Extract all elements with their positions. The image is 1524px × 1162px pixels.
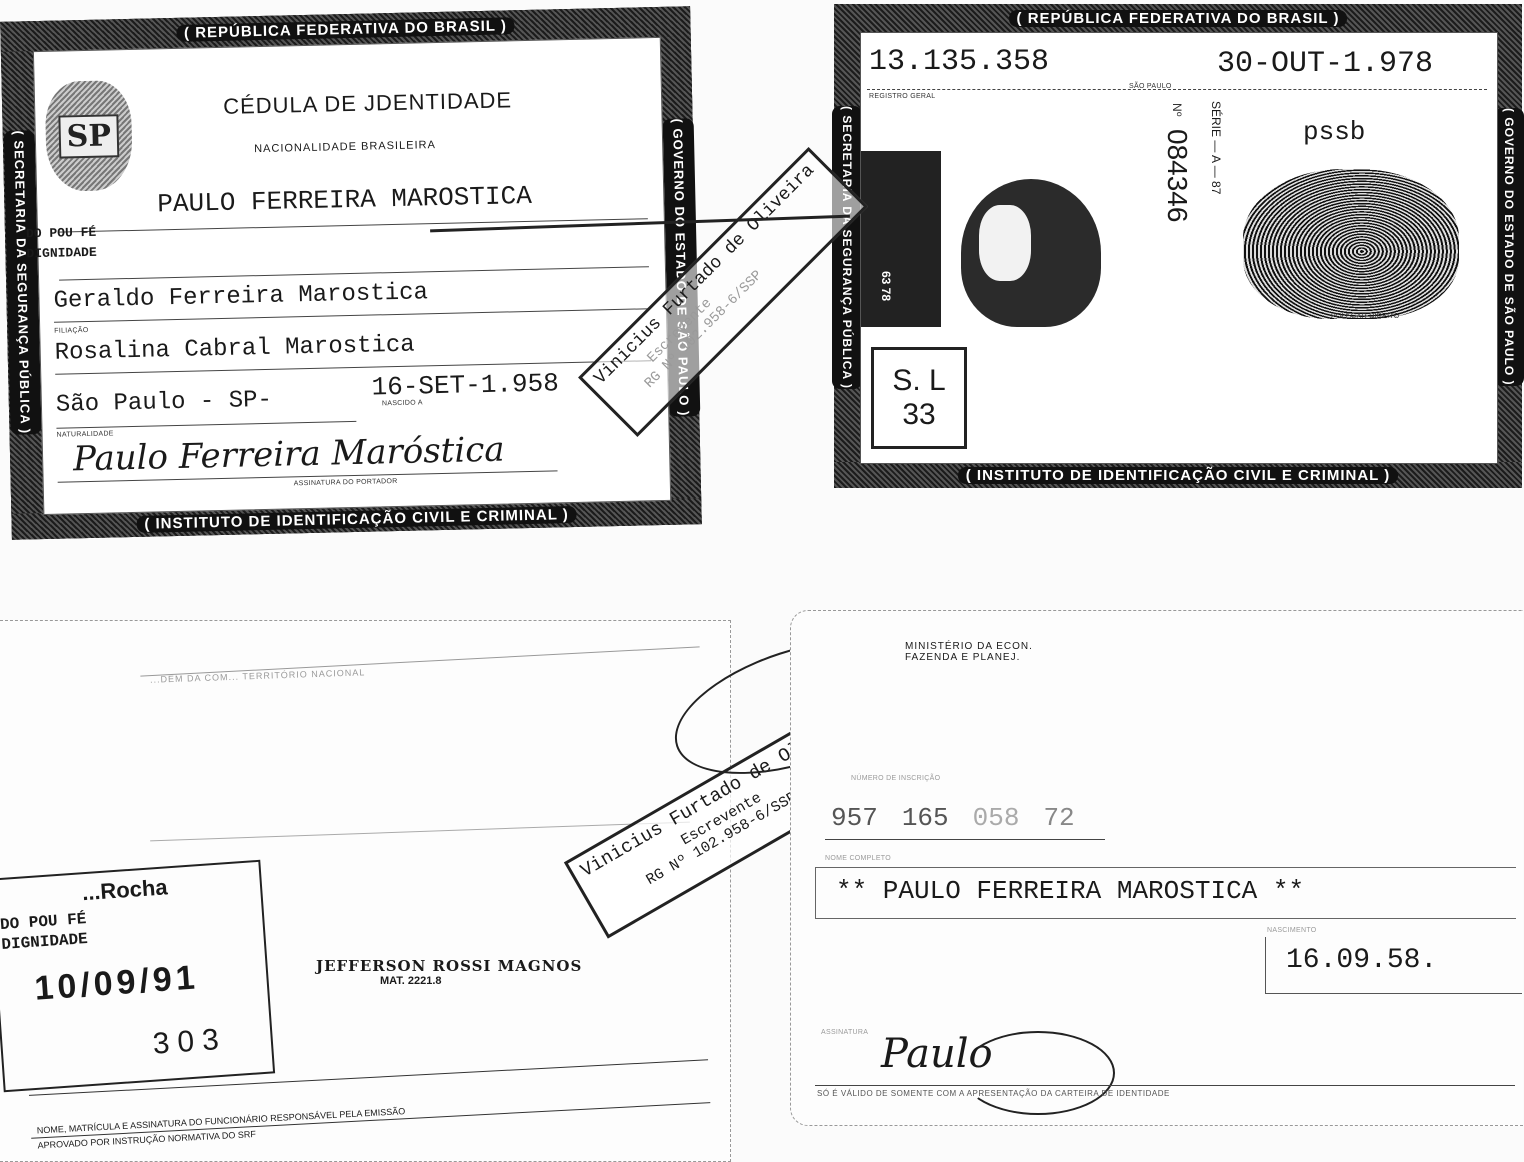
cpf-number-label: NÚMERO DE INSCRIÇÃO (851, 775, 940, 782)
nationality: NACIONALIDADE BRASILEIRA (254, 139, 436, 155)
birthplace-label: NATURALIDADE (57, 430, 114, 438)
thumbprint-icon (1243, 169, 1459, 319)
photo-suit (861, 151, 941, 327)
doc-title: CÉDULA DE JDENTIDADE (223, 87, 512, 120)
rule (867, 89, 1487, 90)
cpf-back-card: MINISTÉRIO DA ECON. FAZENDA E PLANEJ. NÚ… (790, 610, 1523, 1126)
overlap-text-1: DO POU FÉ (26, 225, 97, 242)
birth-date: 16-SET-1.958 (371, 368, 559, 402)
official-matricula: MAT. 2221.8 (316, 975, 582, 987)
signature-label: ASSINATURA DO PORTADOR (294, 478, 398, 487)
birthplace: São Paulo - SP- (56, 387, 273, 419)
official-name: JEFFERSON ROSSI MAGNOS (316, 957, 582, 975)
official-signature: JEFFERSON ROSSI MAGNOS MAT. 2221.8 (316, 957, 582, 987)
issuer-code: pssb (1303, 117, 1365, 147)
registro-geral: 13.135.358 (869, 45, 1049, 79)
issue-city: SÃO PAULO (1129, 83, 1172, 90)
date-stamp-number: 303 (152, 1023, 228, 1062)
birth-label: NASCIMENTO (1267, 927, 1317, 934)
holder-signature: Paulo Ferreira Maróstica (73, 430, 505, 480)
thumb-label: POLEGAR DIREITO (1331, 313, 1400, 320)
cpf-back-footer: SÓ É VÁLIDO DE SOMENTE COM A APRESENTAÇÃ… (817, 1089, 1170, 1098)
mother-name: Rosalina Cabral Marostica (54, 332, 415, 367)
holder-name: PAULO FERREIRA MAROSTICA (157, 181, 532, 219)
date-stamp-header: ...Rocha (81, 874, 168, 906)
box-stamp-line1: S. L (892, 364, 945, 398)
rg-back-left-band: ( SECRETARIA DA SEGURANÇA PÚBLICA ) (834, 32, 860, 462)
cpf-part-3: 058 (973, 803, 1020, 833)
birth-date-label: NASCIDO A (382, 399, 423, 407)
rg-back-card: ( REPÚBLICA FEDERATIVA DO BRASIL ) ( INS… (834, 4, 1522, 488)
overlap-text-2: DIGNIDADE (26, 245, 97, 262)
date-stamp-date: 10/09/91 (33, 958, 200, 1008)
holder-photo: 63 78 (861, 151, 1103, 327)
registro-geral-label: REGISTRO GERAL (869, 93, 935, 100)
cpf-birth-date: 16.09.58. (1266, 937, 1522, 976)
rg-back-top-band: ( REPÚBLICA FEDERATIVA DO BRASIL ) (834, 4, 1522, 32)
filiation-label: FILIAÇÃO (54, 327, 88, 335)
sp-coat-of-arms-icon: SP (45, 80, 133, 192)
name-box: ** PAULO FERREIRA MAROSTICA ** (815, 867, 1516, 919)
date-stamp: ...Rocha DO POU FÉ DIGNIDADE 10/09/91 30… (0, 860, 275, 1092)
rg-front-body: SP CÉDULA DE JDENTIDADE NACIONALIDADE BR… (33, 37, 671, 515)
cpf-part-2: 165 (902, 803, 949, 833)
rule (825, 839, 1105, 840)
ministry-line1: MINISTÉRIO DA ECON. (905, 641, 1033, 652)
cpf-part-4: 72 (1043, 803, 1074, 833)
birth-box: 16.09.58. (1265, 937, 1522, 994)
rg-back-bottom-band: ( INSTITUTO DE IDENTIFICAÇÃO CIVIL E CRI… (834, 462, 1522, 488)
cpf-number: 957 165 058 72 (831, 803, 1075, 833)
father-name: Geraldo Ferreira Marostica (53, 279, 428, 314)
rule (56, 421, 356, 429)
photo-face (979, 205, 1031, 281)
photo-tag: 63 78 (879, 271, 893, 301)
cpf-part-1: 957 (831, 803, 878, 833)
numero-block: Nº 084346 (1161, 103, 1193, 223)
rule (815, 1085, 1515, 1086)
rg-back-body: 13.135.358 30-OUT-1.978 REGISTRO GERAL S… (860, 32, 1498, 464)
serie: SÉRIE — A — 87 (1209, 101, 1223, 194)
signature-flourish (961, 1031, 1115, 1115)
rg-back-right-band: ( GOVERNO DO ESTADO DE SÃO PAULO ) (1496, 32, 1522, 462)
rule (59, 266, 649, 280)
date-stamp-text2: DIGNIDADE (1, 930, 88, 954)
rg-front-card: ( REPÚBLICA FEDERATIVA DO BRASIL ) ( INS… (0, 6, 702, 540)
signature-label: ASSINATURA (821, 1029, 868, 1036)
cpf-holder-name: ** PAULO FERREIRA MAROSTICA ** (816, 868, 1516, 906)
name-label: NOME COMPLETO (825, 855, 891, 862)
ministry-line2: FAZENDA E PLANEJ. (905, 652, 1033, 663)
box-stamp-line2: 33 (902, 398, 935, 432)
box-stamp: S. L 33 (871, 347, 967, 449)
rule (140, 646, 699, 676)
issue-date: 30-OUT-1.978 (1217, 47, 1433, 81)
ministry-header: MINISTÉRIO DA ECON. FAZENDA E PLANEJ. (905, 641, 1033, 663)
